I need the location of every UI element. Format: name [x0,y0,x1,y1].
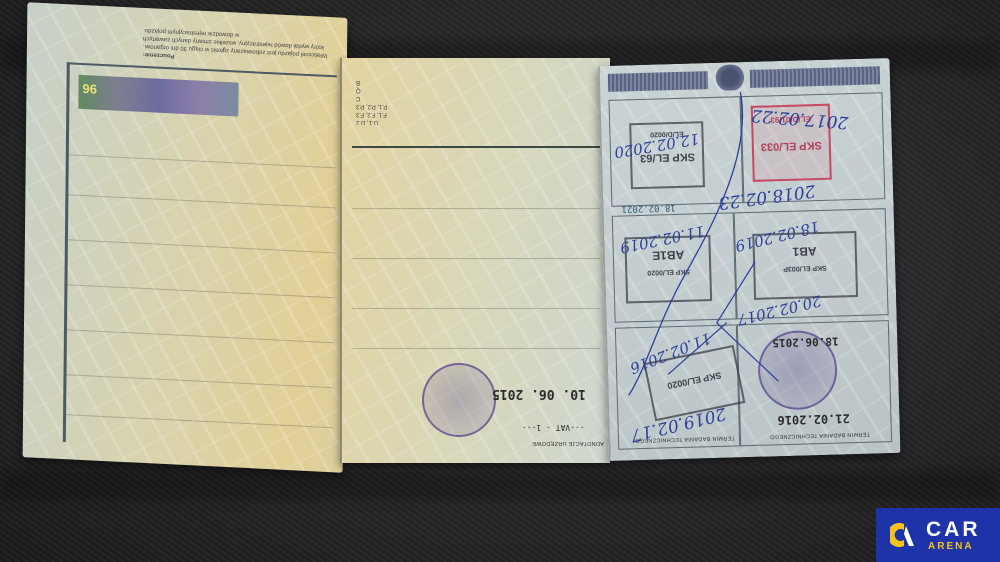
legal-notes: D.1, D.2 F.1, F.2, F.3 P.1, P.2, P.3 C Q… [356,78,596,128]
logo-text-car: CAR [926,518,981,542]
registration-right-page: SKP EL/033 EL/D/01/93 SKP EL/63 EL/D/002… [598,58,901,461]
logo-text-arena: ARENA [928,541,974,552]
registration-left-page: Pouczenie: Właściciel pojazdu jest zobow… [23,2,348,472]
vat-note: ---VAT - 1--- [522,423,585,432]
car-arena-logo: CAR ARENA [876,508,1000,562]
logo-mark-icon [890,522,916,548]
section-rule [352,146,600,148]
signature-strokes [600,58,901,461]
issue-date: 10. 06. 2015 [492,386,586,401]
office-round-stamp [422,363,496,437]
seat-fold-shadow [0,470,1000,500]
official-notes-caption: ADNOTACJE URZĘDOWE [532,440,604,446]
registration-middle-page: D.1, D.2 F.1, F.2, F.3 P.1, P.2, P.3 C Q… [340,58,610,463]
